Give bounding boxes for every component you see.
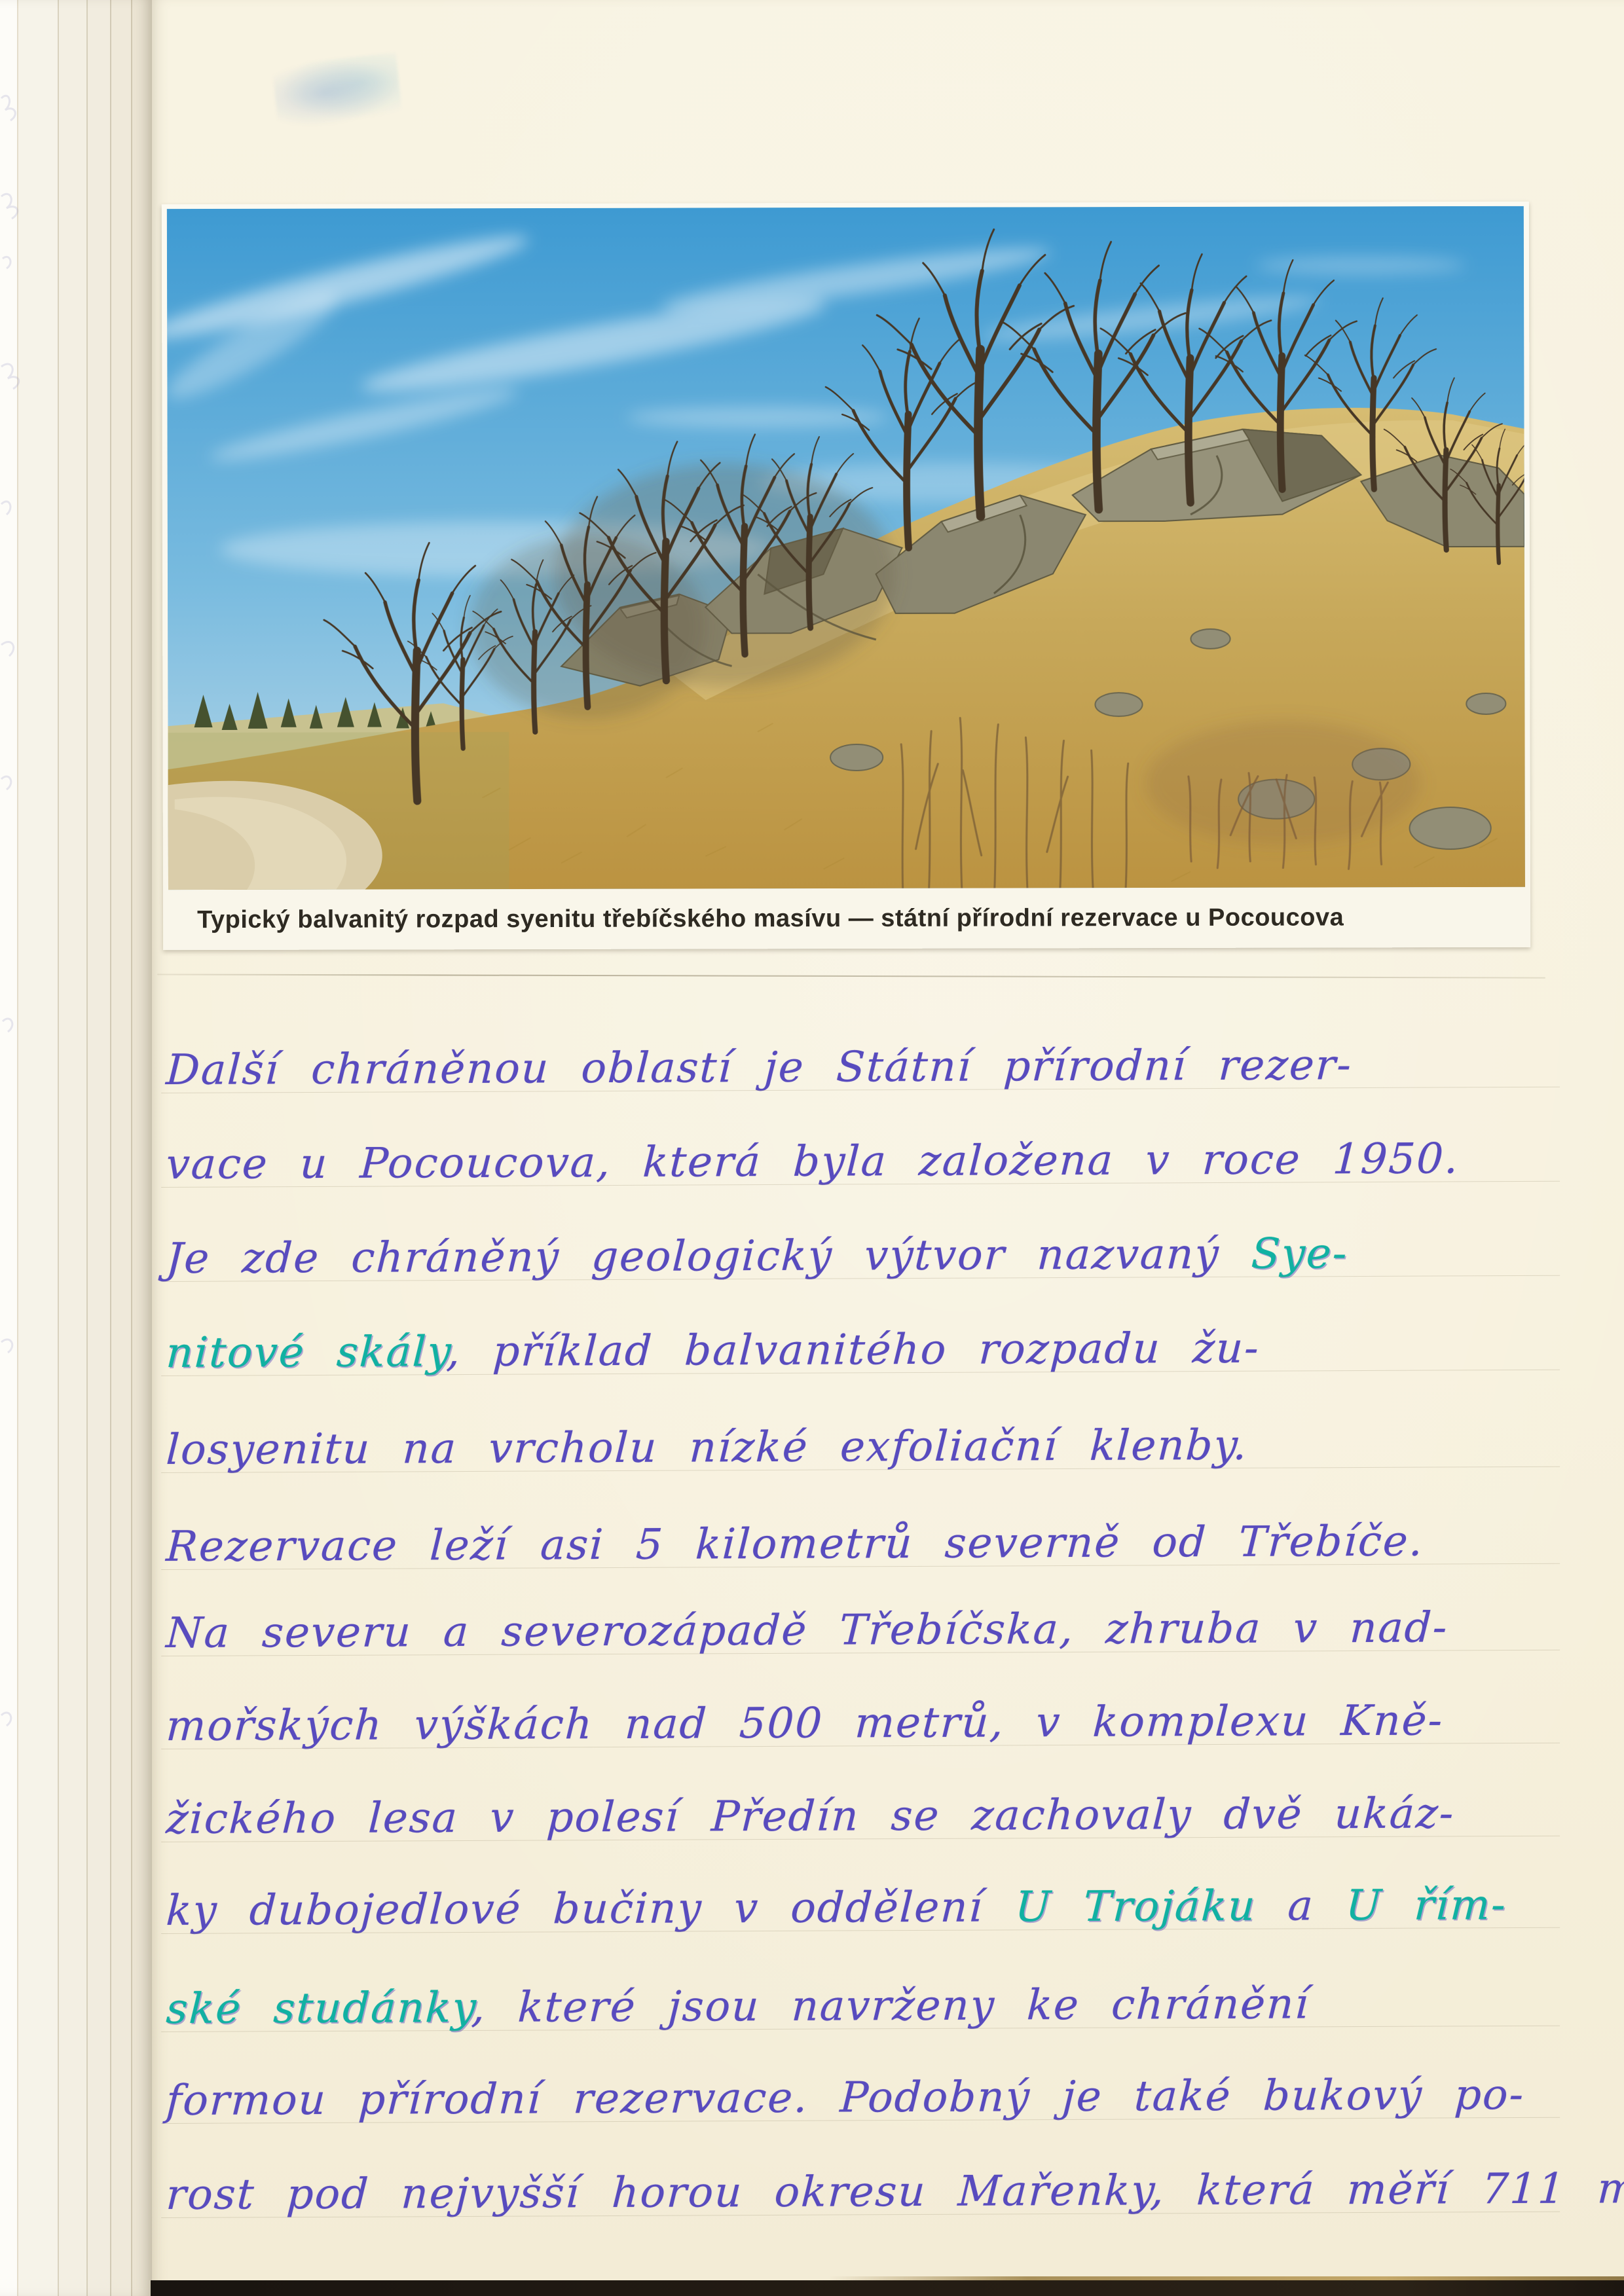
ink-smudge <box>272 52 402 130</box>
landscape-photo <box>167 206 1525 890</box>
scan-bottom-edge <box>151 2280 1624 2296</box>
photo-caption: Typický balvanitý rozpad syenitu třebíčs… <box>168 887 1525 950</box>
ghost-writing-marks <box>0 0 79 2296</box>
pasted-photo-paper: Typický balvanitý rozpad syenitu třebíčs… <box>162 202 1530 950</box>
